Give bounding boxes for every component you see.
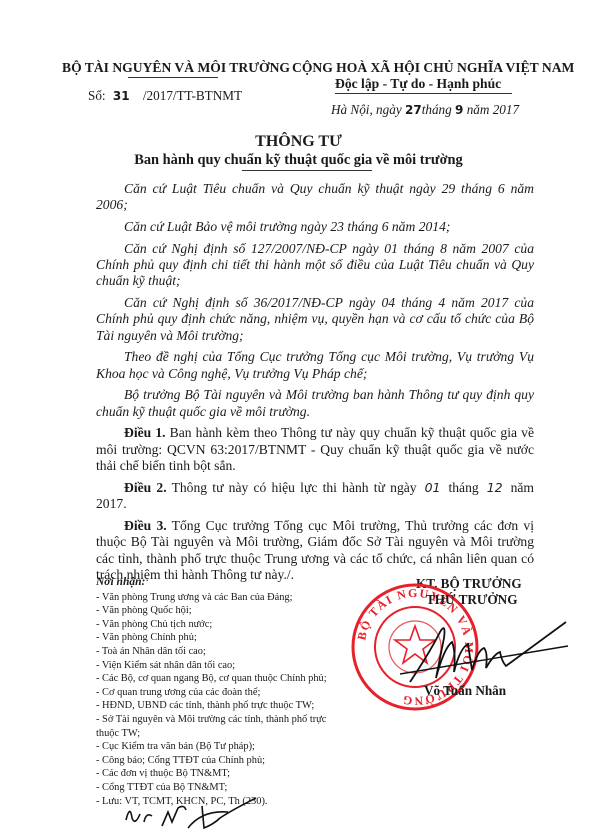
handwritten-initials [118, 792, 268, 832]
number-suffix: /2017/TT-BTNMT [143, 88, 242, 103]
number-prefix: Số: [88, 88, 106, 103]
document-subtitle: Ban hành quy chuẩn kỹ thuật quốc gia về … [0, 152, 597, 169]
article-3: Điều 3. Tổng Cục trưởng Tổng cục Môi trư… [96, 518, 534, 584]
effective-month-handwritten: 12 [487, 480, 503, 495]
recipient-item: - Sở Tài nguyên và Môi trường các tỉnh, … [96, 713, 336, 740]
recipient-item: - Văn phòng Quốc hội; [96, 604, 336, 618]
country-name: CỘNG HOÀ XÃ HỘI CHỦ NGHĨA VIỆT NAM [292, 60, 574, 76]
recipient-item: - Cơ quan trung ương của các đoàn thể; [96, 686, 336, 700]
recipient-item: - HĐND, UBND các tỉnh, thành phố trực th… [96, 699, 336, 713]
effective-day-handwritten: 01 [425, 480, 441, 495]
recipient-item: - Văn phòng Trung ương và các Ban của Đả… [96, 591, 336, 605]
recipient-item: - Viện Kiểm sát nhân dân tối cao; [96, 659, 336, 673]
document-body: Căn cứ Luật Tiêu chuẩn và Quy chuẩn kỹ t… [96, 181, 534, 589]
preamble-paragraph: Căn cứ Nghị định số 36/2017/NĐ-CP ngày 0… [96, 295, 534, 344]
signer-title-2: THỨ TRƯỞNG [426, 592, 517, 608]
preamble-paragraph: Căn cứ Nghị định số 127/2007/NĐ-CP ngày … [96, 241, 534, 290]
motto-underline [335, 93, 512, 94]
article-2: Điều 2. Thông tư này có hiệu lực thi hàn… [96, 480, 534, 513]
ministry-name: BỘ TÀI NGUYÊN VÀ MÔI TRƯỜNG [62, 60, 290, 76]
number-handwritten: 31 [113, 89, 130, 103]
preamble-paragraph: Căn cứ Luật Bảo vệ môi trường ngày 23 th… [96, 219, 534, 235]
document-title: THÔNG TƯ [0, 133, 597, 151]
preamble-paragraph: Theo đề nghị của Tổng Cục trưởng Tổng cụ… [96, 349, 534, 382]
recipient-item: - Các đơn vị thuộc Bộ TN&MT; [96, 767, 336, 781]
recipient-item: - Toà án Nhân dân tối cao; [96, 645, 336, 659]
date-day-handwritten: 27 [405, 103, 422, 117]
recipient-item: - Văn phòng Chủ tịch nước; [96, 618, 336, 632]
subtitle-underline [242, 170, 372, 171]
national-motto: Độc lập - Tự do - Hạnh phúc [335, 76, 501, 92]
ministry-underline [128, 77, 218, 78]
recipients-list: Nơi nhận: - Văn phòng Trung ương và các … [96, 576, 336, 808]
preamble-paragraph: Căn cứ Luật Tiêu chuẩn và Quy chuẩn kỹ t… [96, 181, 534, 214]
preamble-paragraph: Bộ trưởng Bộ Tài nguyên và Môi trường ba… [96, 387, 534, 420]
recipient-item: - Cục Kiểm tra văn bản (Bộ Tư pháp); [96, 740, 336, 754]
article-1: Điều 1. Ban hành kèm theo Thông tư này q… [96, 425, 534, 474]
signer-name: Võ Tuấn Nhân [424, 683, 506, 699]
issue-date: Hà Nội, ngày 27tháng 9 năm 2017 [331, 102, 519, 118]
recipient-item: - Công báo; Cổng TTĐT của Chính phủ; [96, 754, 336, 768]
document-number: Số: 31 /2017/TT-BTNMT [88, 88, 242, 104]
handwritten-signature [400, 612, 570, 692]
recipient-item: - Các Bộ, cơ quan ngang Bộ, cơ quan thuộ… [96, 672, 336, 686]
recipient-item: - Văn phòng Chính phủ; [96, 631, 336, 645]
recipients-label: Nơi nhận: [96, 576, 336, 590]
